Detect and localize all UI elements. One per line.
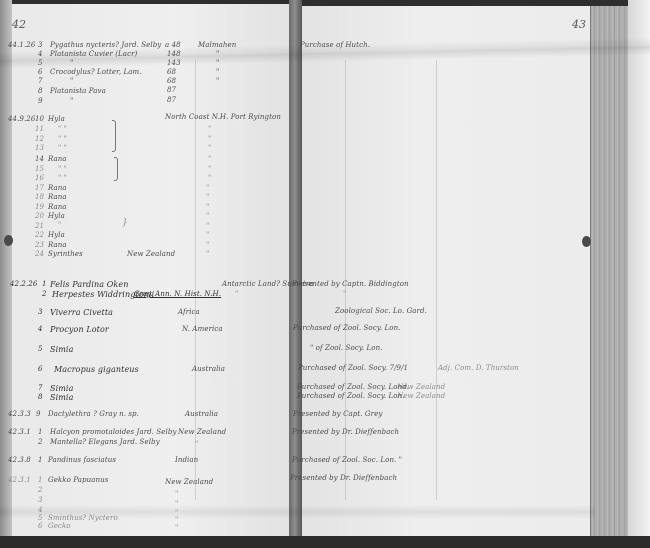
entry-number: 2	[38, 438, 43, 446]
entry-number: 24	[35, 250, 44, 258]
reg-date: 42.3.1	[8, 476, 31, 484]
cover-edge	[628, 0, 650, 548]
entry-number: 3	[38, 41, 43, 49]
species-name: "	[70, 97, 73, 105]
locality: N. America	[182, 325, 223, 333]
locality: "	[208, 155, 211, 163]
locality: Australia	[192, 365, 225, 373]
entry-number: 1	[38, 456, 43, 464]
entry-number: 11	[35, 125, 44, 133]
reg-date: 42.3.8	[8, 456, 31, 464]
specimen-count: 68	[167, 68, 176, 76]
locality: Africa	[178, 308, 200, 316]
locality: New Zealand	[165, 478, 213, 486]
species-name: Gecko	[48, 522, 71, 530]
entry-number: 4	[38, 325, 43, 333]
bottom-edge	[0, 536, 650, 548]
locality: "	[195, 440, 198, 448]
species-name: Viverra Civetta	[50, 308, 113, 317]
locality: Malmahen	[198, 41, 236, 49]
entry-number: 1	[42, 280, 47, 288]
species-name: " "	[58, 125, 67, 133]
reg-date: 44.9.26	[8, 115, 35, 123]
binding-hole-icon	[582, 236, 591, 247]
locality: "	[206, 184, 209, 192]
remarks: Presented by Dr. Dieffenbach	[292, 428, 399, 436]
locality: Indian	[175, 456, 198, 464]
entry-number: 8	[38, 393, 43, 401]
remarks: Presented by Capt. Grey	[293, 410, 382, 418]
species-name: Rana	[48, 203, 67, 211]
species-name: Macropus giganteus	[54, 365, 139, 374]
specimen-count: a 48	[165, 41, 181, 49]
locality: "	[206, 222, 209, 230]
species-name: "	[58, 221, 61, 229]
entry-number: 22	[35, 231, 44, 239]
species-name: " "	[58, 174, 67, 182]
locality: "	[216, 50, 219, 58]
entry-number: 20	[35, 212, 44, 220]
entry-number: 2	[42, 290, 47, 298]
reg-date: 42.3.3	[8, 410, 31, 418]
remarks: Purchased of Zool. Socy. Lon.	[293, 324, 401, 332]
entry-number: 9	[36, 410, 41, 418]
entry-number: 5	[38, 345, 43, 353]
column-rule	[436, 60, 437, 500]
entry-number: 7	[38, 77, 43, 85]
remarks: "	[343, 290, 346, 298]
group-locality: North Coast N.H. Port Ryington	[165, 113, 281, 121]
species-name: " "	[58, 165, 67, 173]
specimen-count: 143	[167, 59, 181, 67]
entry-number: 19	[35, 203, 44, 211]
species-name: "	[70, 77, 73, 85]
ledger-spread: 42 43 44.1.26 3 Pygathus nycteris? Jard.…	[0, 0, 650, 548]
species-name: Hyla	[48, 212, 65, 220]
entry-number: 4	[38, 506, 43, 514]
locality: "	[175, 524, 178, 532]
specimen-count: 68	[167, 77, 176, 85]
locality: "	[175, 490, 178, 498]
locality: "	[208, 144, 211, 152]
specimen-count: 87	[167, 86, 176, 94]
entry-number: 15	[35, 165, 44, 173]
entry-number: 7	[38, 384, 43, 392]
reg-date: 42.2.26	[10, 280, 37, 288]
species-name: Rana	[48, 184, 67, 192]
locality: "	[175, 500, 178, 508]
locality: "	[208, 174, 211, 182]
locality: "	[206, 193, 209, 201]
species-name: "	[70, 59, 73, 67]
entry-number: 3	[38, 496, 43, 504]
entry-number: 4	[38, 50, 43, 58]
entry-number: 1	[38, 428, 43, 436]
locality: New Zealand	[178, 428, 226, 436]
species-name: Dactylethra ? Gray n. sp.	[48, 410, 139, 418]
locality: Australia	[185, 410, 218, 418]
remarks: Presented by Dr. Dieffenbach	[290, 474, 397, 482]
species-name: Crocodylus? Lotter, Lam.	[50, 68, 142, 76]
entry-number: 13	[35, 144, 44, 152]
locality: "	[216, 59, 219, 67]
locality: "	[208, 165, 211, 173]
species-name: Rana	[48, 155, 67, 163]
species-name: Simia	[50, 384, 73, 393]
entry-number: 17	[35, 184, 44, 192]
locality: "	[206, 241, 209, 249]
left-page-edge	[0, 0, 12, 548]
left-page-number: 42	[12, 18, 26, 31]
remarks: " of Zool. Socy. Lon.	[310, 344, 383, 352]
species-name: Pygathus nycteris? Jard. Selby	[50, 41, 161, 49]
entry-number: 10	[35, 115, 44, 123]
entry-number: 9	[38, 97, 43, 105]
entry-number: 14	[35, 155, 44, 163]
species-name: Pandinus fasciatus	[48, 456, 116, 464]
locality: "	[208, 125, 211, 133]
species-name: Mantella? Elegans Jard. Selby	[50, 438, 160, 446]
entry-number: 3	[38, 308, 43, 316]
locality: "	[206, 212, 209, 220]
entry-number: 16	[35, 174, 44, 182]
extra-note: Adj. Com. D. Thurston	[438, 364, 519, 372]
species-name: Halcyon promotaloides Jard. Selby	[50, 428, 177, 436]
binding-hole-icon	[4, 235, 13, 246]
entry-number: 6	[38, 365, 43, 373]
locality: "	[216, 68, 219, 76]
entry-number: 1	[38, 476, 43, 484]
species-name: Simia	[50, 393, 73, 402]
species-name: Rana	[48, 241, 67, 249]
species-name: Hyla	[48, 115, 65, 123]
remarks: Purchase of Hutch.	[300, 41, 370, 49]
species-name: Hyla	[48, 231, 65, 239]
species-name: Platanista Cuvier (Lacr)	[50, 50, 137, 58]
specimen-count: 148	[167, 50, 181, 58]
entry-number: 18	[35, 193, 44, 201]
species-name: Rana	[48, 193, 67, 201]
extra-note: New Zealand	[397, 383, 445, 391]
remarks: Purchased of Zool. Socy. 7/9/1	[298, 364, 408, 372]
species-name: Simia	[50, 345, 73, 354]
remarks: Purchased of Zool. Socy. Lond.	[297, 383, 409, 391]
species-name: Procyon Lotor	[50, 325, 109, 334]
species-name: " "	[58, 144, 67, 152]
species-name: Gekko Papuanus	[48, 476, 108, 484]
reg-date: 44.1.26	[8, 41, 35, 49]
species-name: Syrinthes	[48, 250, 83, 258]
extra-note: New Zealand	[397, 392, 445, 400]
locality: "	[216, 77, 219, 85]
reg-date: 42.3.1	[8, 428, 31, 436]
remarks: Zoological Soc. Lo. Gard.	[335, 307, 427, 315]
entry-number: 6	[38, 68, 43, 76]
bracket-mark	[112, 120, 116, 152]
locality: "	[208, 135, 211, 143]
entry-number: 23	[35, 241, 44, 249]
locality: "	[175, 516, 178, 524]
book-gutter	[289, 0, 302, 548]
locality: "	[235, 290, 238, 298]
brace-mark: }	[122, 218, 128, 228]
entry-number: 21	[35, 222, 44, 230]
entry-number: 5	[38, 514, 43, 522]
left-page	[0, 4, 292, 540]
entry-number: 6	[38, 522, 43, 530]
authority: Gray. Ann. N. Hist. N.H.	[134, 290, 221, 298]
species-name: Platanista Pava	[50, 87, 106, 95]
entry-number: 12	[35, 135, 44, 143]
right-page-number: 43	[572, 18, 586, 31]
entry-number: 8	[38, 87, 43, 95]
species-name: Sminthus? Nyctero	[48, 514, 118, 522]
entry-number: 5	[38, 59, 43, 67]
bracket-mark	[114, 157, 118, 181]
note: New Zealand	[127, 250, 175, 258]
specimen-count: 87	[167, 96, 176, 104]
remarks: Presented by Captn. Biddington	[292, 280, 409, 288]
remarks: Purchased of Zool. Soc. Lon. "	[292, 456, 402, 464]
locality: "	[206, 231, 209, 239]
page-stack-edge	[590, 6, 631, 536]
locality: "	[206, 250, 209, 258]
entry-number: 2	[38, 486, 43, 494]
remarks: Purchased of Zool. Socy. Lon.	[297, 392, 405, 400]
locality: "	[206, 203, 209, 211]
species-name: " "	[58, 135, 67, 143]
species-name: Felis Pardina Oken	[50, 280, 128, 289]
